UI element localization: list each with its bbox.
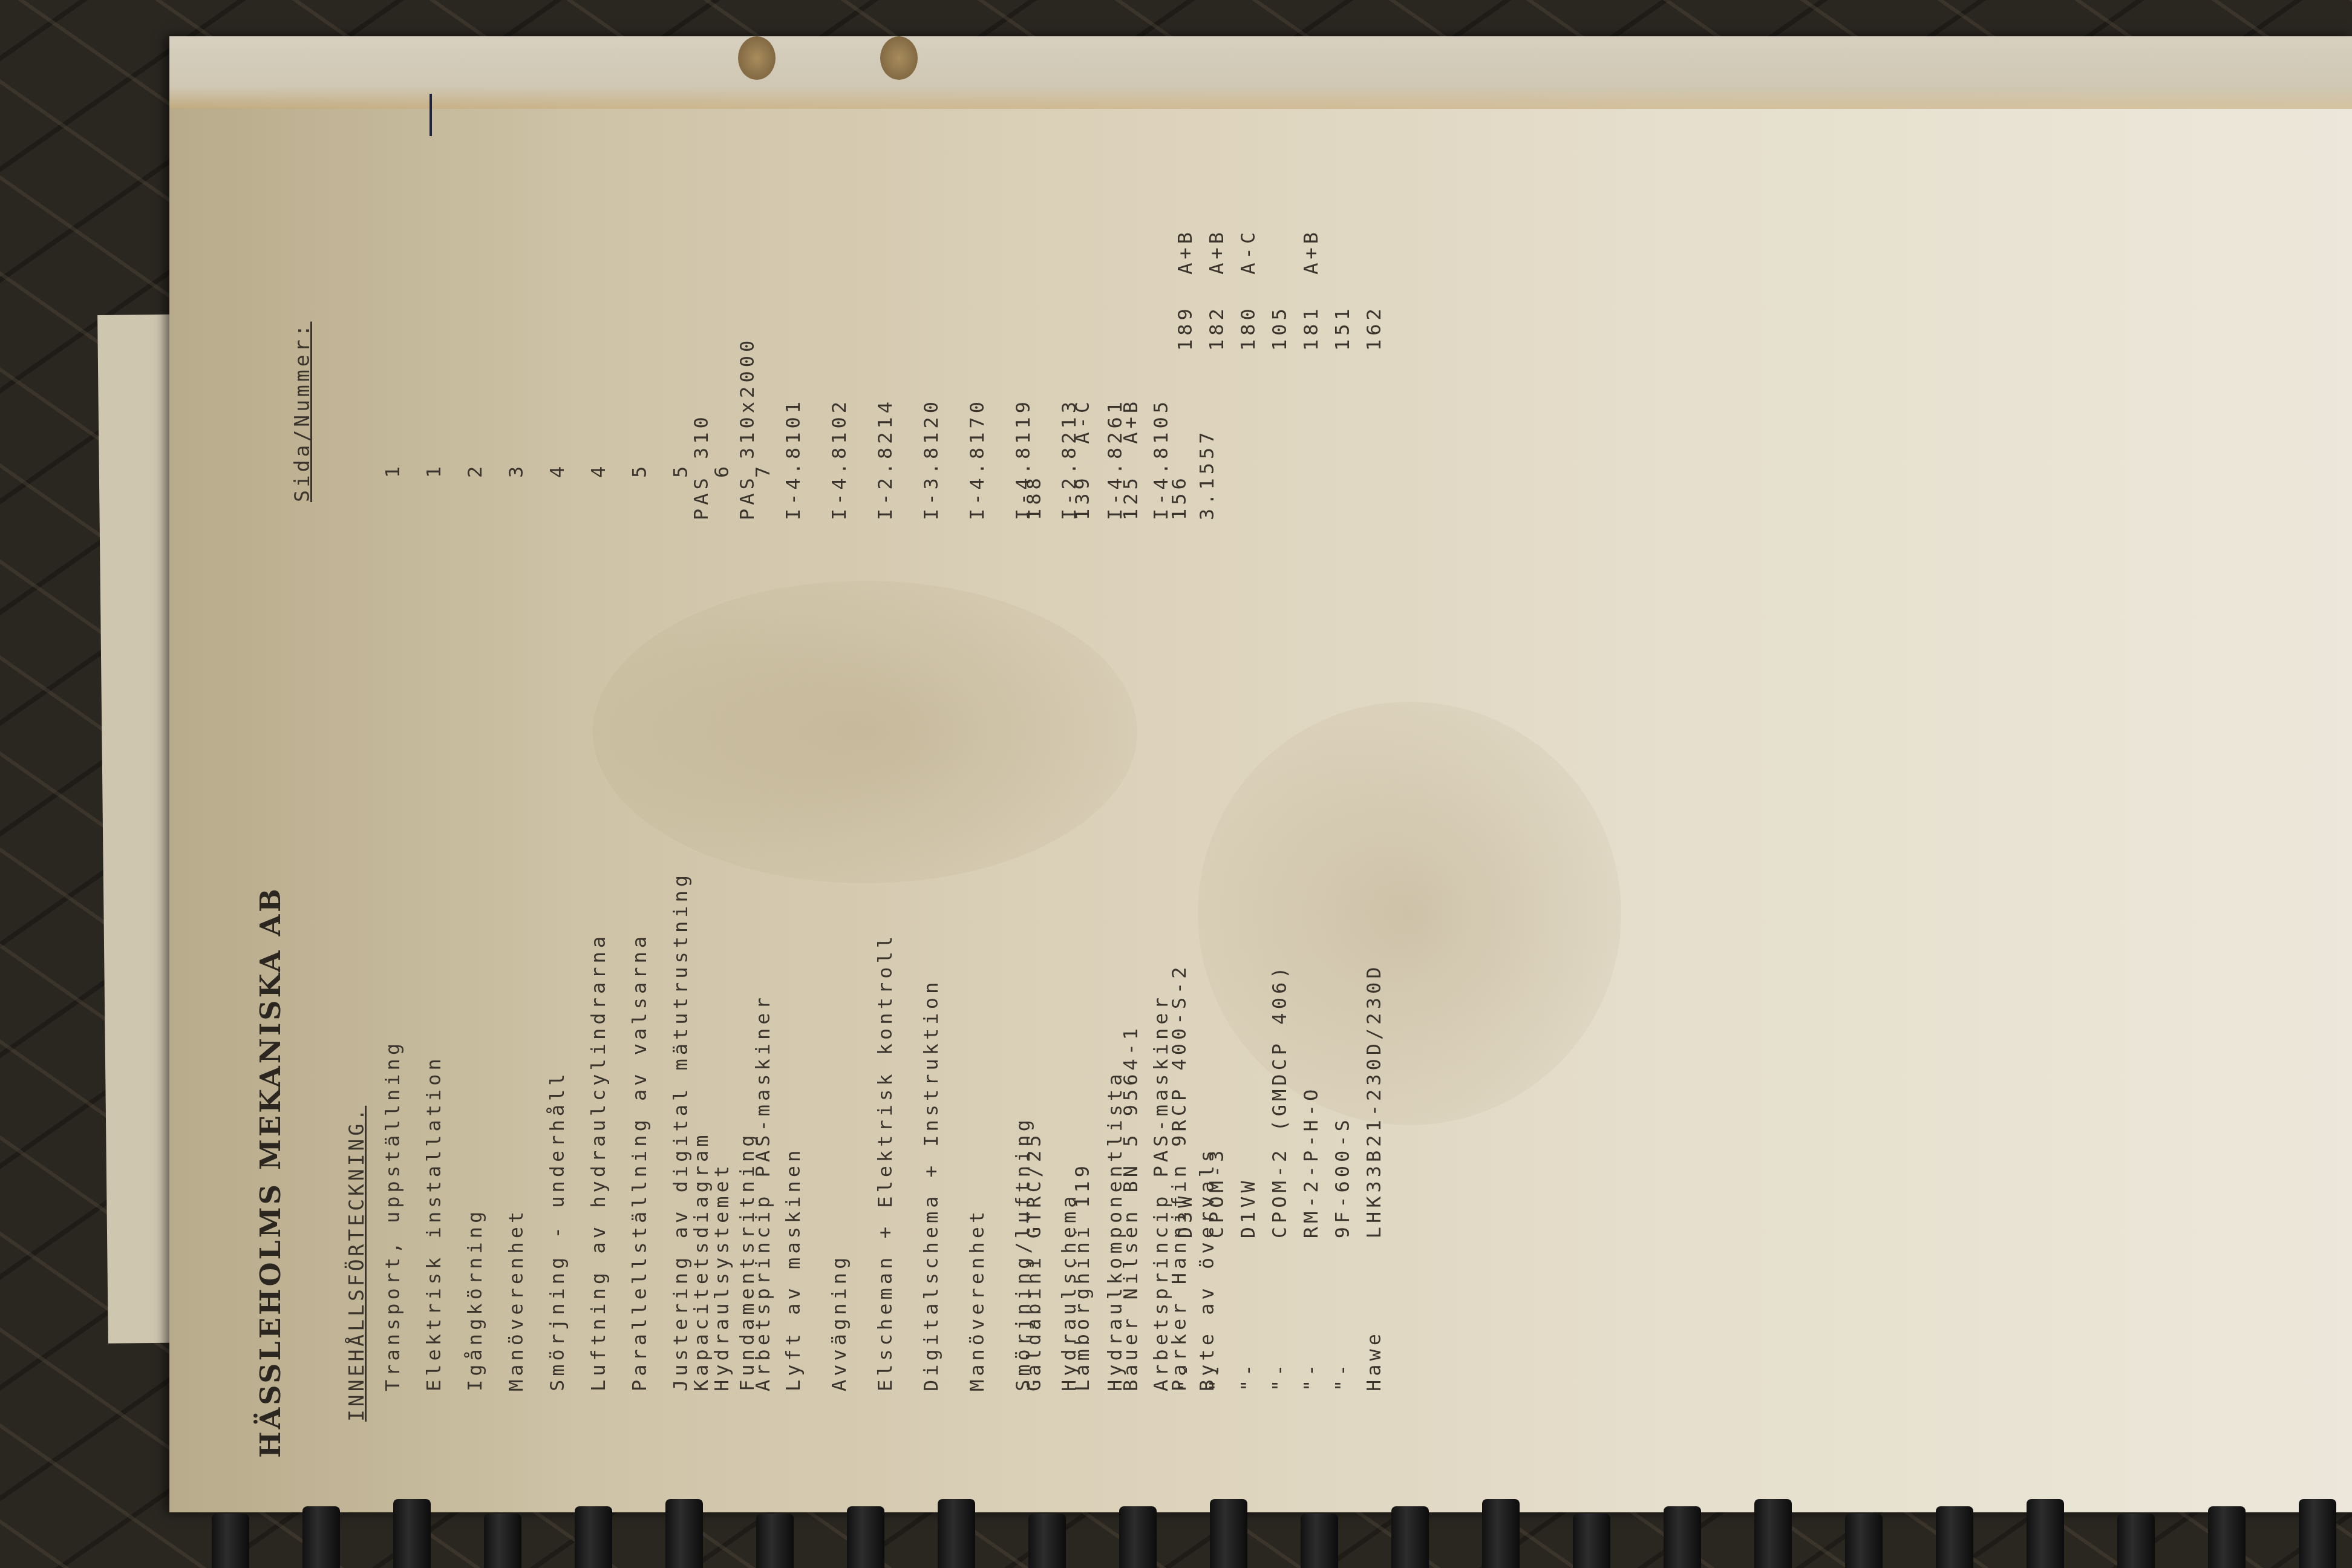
toc-entry-page-ref: I-2.8214: [874, 398, 897, 520]
toc-entry-page-ref: 156: [1168, 474, 1191, 520]
binding-tooth: [1301, 1514, 1338, 1568]
toc-entry-label: Lamborghini 119: [1071, 1162, 1094, 1391]
binding-tooth: [2117, 1514, 2155, 1568]
toc-entry-label: Fundamentsritning: [736, 1131, 759, 1391]
binding-tooth: [847, 1506, 884, 1568]
binding-tooth: [212, 1514, 249, 1568]
toc-entry-page-ref: 6: [710, 463, 733, 478]
toc-entry-page-ref: I-4.8170: [965, 398, 988, 520]
toc-entry-label: "- RM-2-P-H-O: [1299, 1086, 1322, 1391]
toc-entry-label: Galdabini GTRC/25: [1022, 1131, 1045, 1391]
binding-tooth: [1391, 1506, 1429, 1568]
toc-entry-page-ref: I-3.8120: [920, 398, 942, 520]
toc-entry-label: Elektrisk installation: [422, 1055, 445, 1391]
binding-tooth: [1754, 1499, 1792, 1568]
binding-tooth: [1210, 1499, 1247, 1568]
binding-tooth: [2299, 1499, 2336, 1568]
toc-entry-page-ref: 105: [1268, 305, 1291, 351]
toc-entry-label: Digitalschema + Instruktion: [920, 979, 942, 1391]
toc-entry-label: Manöverenhet: [965, 1208, 988, 1391]
toc-entry-label: Lyft av maskinen: [782, 1147, 805, 1391]
toc-entry-label: Bauer Nilsen BN 5 9564-1: [1119, 1025, 1142, 1391]
binding-tooth: [2027, 1499, 2064, 1568]
binding-tooth: [1028, 1514, 1066, 1568]
toc-entry-label: "- D1VW: [1236, 1177, 1259, 1391]
binding-tooth: [1482, 1499, 1520, 1568]
toc-entry-label: "- D3W: [1174, 1193, 1197, 1391]
toc-entry-label: "- 9F-600-S: [1331, 1116, 1354, 1391]
binding-tooth: [575, 1506, 612, 1568]
toc-entry-label: Hawe LHK33B21-230D/230D: [1362, 964, 1385, 1391]
binding-tooth: [1936, 1506, 1973, 1568]
toc-entry-page-ref: 125 A+B: [1119, 398, 1142, 520]
toc-entry-label: Luftning av hydraulcylindrarna: [587, 933, 610, 1391]
toc-entry-label: Manöverenhet: [505, 1208, 528, 1391]
toc-entry-page-ref: 4: [546, 463, 569, 478]
toc-entry-page-ref: 189 A+B: [1174, 229, 1197, 351]
binding-tooth: [1119, 1506, 1157, 1568]
toc-entry-label: "- CPOM-2 (GMDCP 406): [1268, 964, 1291, 1391]
toc-entry-label: Hydraulsystemet: [710, 1162, 733, 1391]
binding-tooth: [665, 1499, 703, 1568]
toc-title: INNEHÅLLSFÖRTECKNING.: [345, 1106, 368, 1422]
toc-entry-label: Avvägning: [828, 1254, 851, 1391]
toc-entry-page-ref: I-4.8101: [782, 398, 805, 520]
binding-tooth: [1573, 1514, 1610, 1568]
toc-entry-page-ref: PAS 310: [690, 413, 713, 520]
toc-entry-page-ref: 1: [422, 463, 445, 478]
toc-entry-page-ref: 3: [505, 463, 528, 478]
toc-entry-label: Kapacitetsdiagram: [690, 1131, 713, 1391]
toc-entry-page-ref: 1: [381, 463, 404, 478]
binding-tooth: [484, 1514, 521, 1568]
toc-entry-page-ref: 162: [1362, 305, 1385, 351]
toc-entry-label: "- CPOM-3: [1205, 1147, 1228, 1391]
toc-entry-page-ref: 180 A-C: [1236, 229, 1259, 351]
toc-entry-page-ref: 4: [587, 463, 610, 478]
company-letterhead: HÄSSLEHOLMS MEKANISKA AB: [254, 886, 287, 1458]
toc-content: HÄSSLEHOLMS MEKANISKA AB INNEHÅLLSFÖRTEC…: [254, 60, 2069, 1500]
toc-entry-page-ref: 188: [1022, 474, 1045, 520]
toc-entry-label: Igångkörning: [463, 1208, 486, 1391]
binding-tooth: [756, 1514, 794, 1568]
binding-tooth: [393, 1499, 431, 1568]
binding-tooth: [2208, 1506, 2246, 1568]
binding-tooth: [1845, 1514, 1883, 1568]
toc-entry-label: Justering av digital mätutrustning: [669, 872, 692, 1391]
toc-entry-label: Elscheman + Elektrisk kontroll: [874, 933, 897, 1391]
binding-tooth: [938, 1499, 975, 1568]
toc-entry-page-ref: 5: [669, 463, 692, 478]
toc-entry-page-ref: 181 A+B: [1299, 229, 1322, 351]
toc-entry-label: Transport, uppställning: [381, 1040, 404, 1391]
toc-entry-page-ref: 5: [628, 463, 651, 478]
toc-entry-page-ref: I-4.8102: [828, 398, 851, 520]
toc-entry-page-ref: PAS 310x2000: [736, 337, 759, 520]
comb-binding: [212, 1489, 2352, 1568]
toc-entry-label: Parallellställning av valsarna: [628, 933, 651, 1391]
toc-entry-page-ref: 2: [463, 463, 486, 478]
binding-tooth: [302, 1506, 340, 1568]
toc-entry-page-ref: 151: [1331, 305, 1354, 351]
page-number-column-header: Sida/Nummer:: [290, 322, 314, 502]
toc-entry-label: Smörjning - underhåll: [546, 1070, 569, 1391]
toc-entry-page-ref: 3.1557: [1195, 428, 1218, 520]
toc-entry-page-ref: 182 A+B: [1205, 229, 1228, 351]
binding-tooth: [1664, 1506, 1701, 1568]
toc-entry-page-ref: 139 A-C: [1071, 398, 1094, 520]
